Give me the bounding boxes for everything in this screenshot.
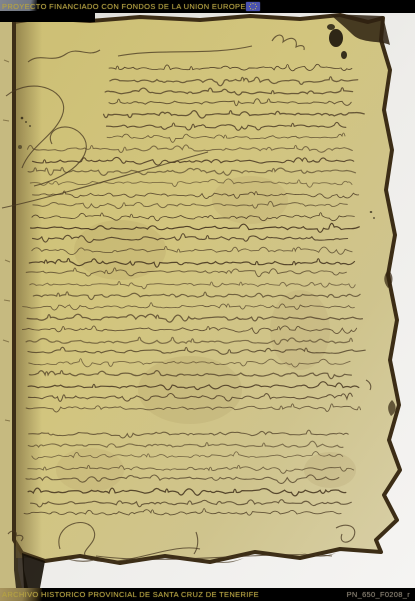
archive-banner: ARCHIVO HISTORICO PROVINCIAL DE SANTA CR… xyxy=(0,588,415,601)
archive-name-text: ARCHIVO HISTORICO PROVINCIAL DE SANTA CR… xyxy=(2,590,259,599)
gutter-shading xyxy=(16,18,42,558)
funding-banner-text: PROYECTO FINANCIADO CON FONDOS DE LA UNI… xyxy=(2,2,251,11)
reference-code-text: PN_650_F0208_r xyxy=(347,590,410,599)
eu-flag-icon xyxy=(246,2,260,11)
manuscript-photo xyxy=(0,0,415,601)
archive-photo-viewer: PROYECTO FINANCIADO CON FONDOS DE LA UNI… xyxy=(0,0,415,601)
top-left-black-wedge xyxy=(0,13,95,22)
funding-banner: PROYECTO FINANCIADO CON FONDOS DE LA UNI… xyxy=(0,0,415,13)
